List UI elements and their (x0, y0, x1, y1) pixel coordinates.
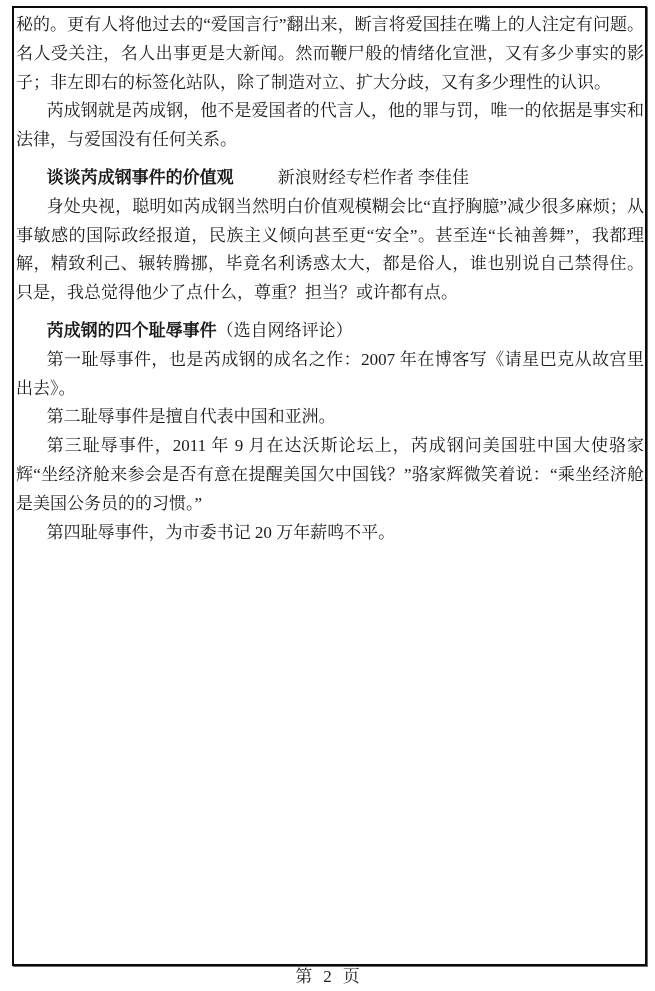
values-section-heading: 谈谈芮成钢事件的价值观新浪财经专栏作者 李佳佳 (16, 164, 644, 193)
shame-item-2: 第二耻辱事件是擅自代表中国和亚洲。 (16, 403, 644, 432)
shame-section-subtitle: （选自网络评论） (217, 321, 353, 340)
values-section-title: 谈谈芮成钢事件的价值观 (47, 168, 234, 187)
values-section-body: 身处央视，聪明如芮成钢当然明白价值观模糊会比“直抒胸臆”减少很多麻烦；从事敏感的… (16, 193, 644, 308)
page-number: 2 (323, 965, 332, 989)
shame-item-1: 第一耻辱事件，也是芮成钢的成名之作：2007 年在博客写《请星巴克从故宫里出去》… (16, 346, 644, 404)
page-footer-prefix: 第 (295, 967, 312, 986)
document-page: 秘的。更有人将他过去的“爱国言行”翻出来，断言将爱国挂在嘴上的人注定有问题。名人… (0, 0, 655, 991)
shame-section-title: 芮成钢的四个耻辱事件 (47, 321, 217, 340)
shame-section-heading: 芮成钢的四个耻辱事件（选自网络评论） (16, 317, 644, 346)
continuation-paragraph-2: 芮成钢就是芮成钢，他不是爱国者的代言人，他的罪与罚，唯一的依据是事实和法律，与爱… (16, 97, 644, 155)
shame-item-3: 第三耻辱事件，2011 年 9 月在达沃斯论坛上，芮成钢问美国驻中国大使骆家辉“… (16, 432, 644, 518)
values-section-byline: 新浪财经专栏作者 李佳佳 (278, 168, 469, 187)
page-footer-suffix: 页 (343, 967, 360, 986)
continuation-paragraph-1: 秘的。更有人将他过去的“爱国言行”翻出来，断言将爱国挂在嘴上的人注定有问题。名人… (16, 11, 644, 97)
page-border-frame: 秘的。更有人将他过去的“爱国言行”翻出来，断言将爱国挂在嘴上的人注定有问题。名人… (12, 6, 647, 966)
shame-item-4: 第四耻辱事件，为市委书记 20 万年薪鸣不平。 (16, 519, 644, 548)
page-footer: 第2页 (0, 965, 655, 989)
